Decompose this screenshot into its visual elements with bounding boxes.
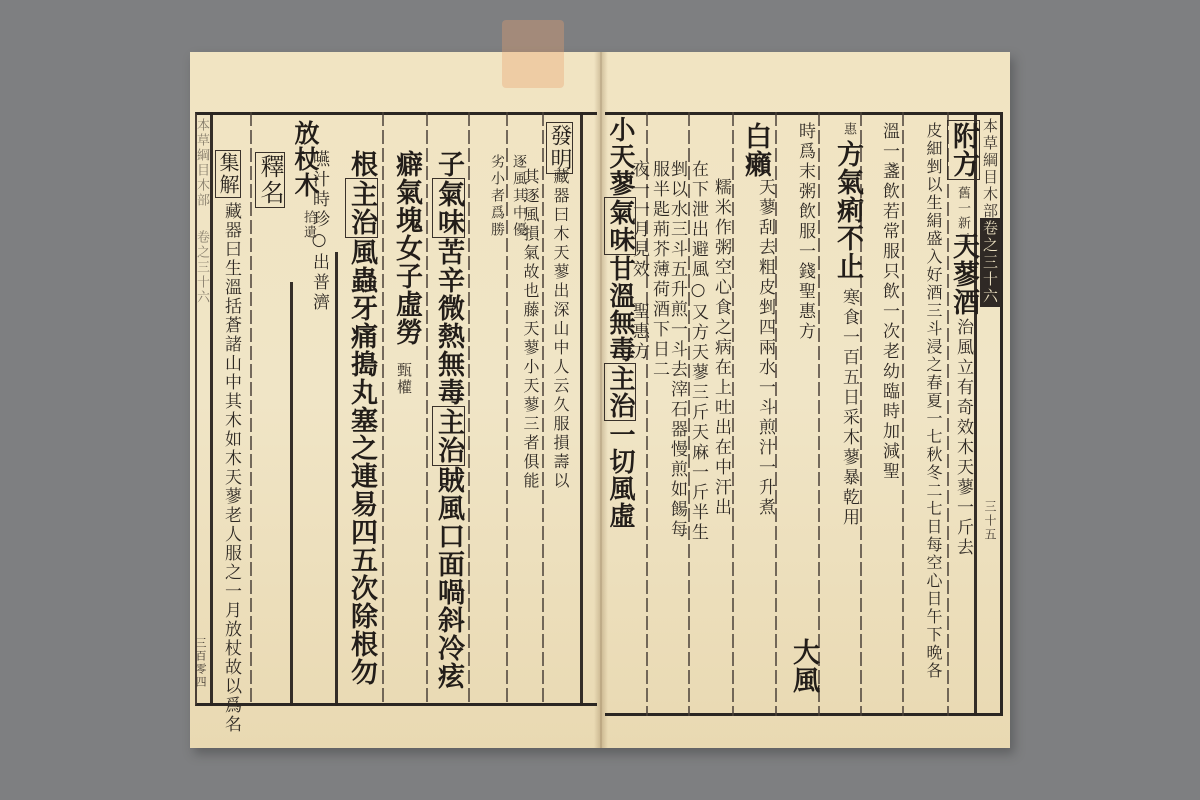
right-margin-volume: 卷之三十六 <box>980 218 1001 307</box>
right-margin-title: 本草綱目木部 <box>980 118 1001 220</box>
recipe-text: 皮細剉以生絹盛入好酒三斗浸之春夏一七秋冬二七日每空心日午下晩各 <box>925 122 941 680</box>
heading-faming: 發明 <box>548 122 570 174</box>
column-rule <box>902 112 904 716</box>
left-margin-folio: 三百零四 <box>192 637 208 689</box>
open-book: 本草綱目木部 卷之三十六 三十五 附方 舊一新二 天蓼酒 治風立有奇效木天蓼一斤… <box>190 52 1010 748</box>
recipe-text: 天蓼刮去粗皮剉四兩水一斗煎汁一升煮 <box>756 178 773 518</box>
source-note: 惠 <box>842 122 855 137</box>
column-rule <box>290 282 293 706</box>
column-rule <box>732 112 734 716</box>
source-note: 甄權 <box>396 362 411 396</box>
left-margin-title: 本草綱目木部 <box>192 118 211 208</box>
column-rule <box>426 112 428 706</box>
entry-zi-seed: 子氣味苦辛微熱無毒主治賊風口面喎斜冷痃 <box>435 150 462 690</box>
entry-xiao-tianliao: 小天蓼氣味甘溫無毒主治一切風虛 <box>607 116 633 529</box>
recipe-title-bailai: 白癩 <box>742 122 769 178</box>
recipe-text: 治風立有奇效木天蓼一斤去 <box>954 318 971 558</box>
column-rule <box>468 112 470 706</box>
recipe-title-tianliao-jiu: 天蓼酒 <box>950 232 977 316</box>
entry-gen-root: 根主治風蟲牙痛搗丸塞之連易四五次除根勿 <box>348 150 375 686</box>
column-rule <box>947 112 949 716</box>
recipe-text: 時爲末粥飲服一錢聖惠方 <box>796 122 813 342</box>
recipe-title-dafeng: 大風 <box>790 638 817 694</box>
commentary-text: 藏器曰生溫括蒼諸山中其木如木天蓼老人服之一月放杖故以爲名 <box>222 202 239 734</box>
column-rule <box>250 112 252 706</box>
column-rule <box>775 112 777 716</box>
heading-shiming: 釋名 <box>258 152 282 208</box>
recipe-text: 服半匙荊芥薄荷酒下日二 <box>650 160 667 380</box>
column-rule <box>542 112 544 706</box>
recipe-text: 剉以水三斗五升煎一斗去滓石器慢煎如餳每 <box>668 160 685 540</box>
column-rule <box>335 252 338 706</box>
annotation-count: 舊一新二 <box>956 186 969 226</box>
column-rule <box>580 112 583 706</box>
source-note: 拾遺 <box>302 210 315 240</box>
recipe-text: 溫一盞飲若常服只飲一次老幼臨時加減聖 <box>880 122 897 482</box>
commentary-text: 藏器曰木天蓼出深山中人云久服損壽以 <box>552 168 568 491</box>
column-rule <box>382 112 384 706</box>
right-margin-folio: 三十五 <box>982 500 999 542</box>
heading-jijie: 集解 <box>218 150 238 198</box>
entry-fangzhangmu: 放杖木 <box>293 120 318 198</box>
left-margin-volume: 卷之三十六 <box>192 230 211 305</box>
commentary-text: 劣小者爲勝 <box>490 154 504 239</box>
recipe-text: 糯米作粥空心食之病在上吐出在中汗出 <box>712 178 729 518</box>
recipe-text: 在下泄出避風○又方天蓼三斤天麻一斤半生 <box>689 160 706 543</box>
commentary-text: 逐風其中優 <box>512 154 526 239</box>
column-rule <box>506 112 508 706</box>
recipe-text: 寒食一百五日采木蓼暴乾用 <box>840 288 857 528</box>
heading-fufang: 附方 <box>950 120 977 180</box>
margin-divider <box>974 112 977 716</box>
column-rule <box>818 112 820 716</box>
indications-text: 癖氣塊女子虛勞 <box>393 150 420 346</box>
library-seal-stamp <box>502 20 564 88</box>
recipe-title-qili: 方氣痢不止 <box>834 140 861 280</box>
